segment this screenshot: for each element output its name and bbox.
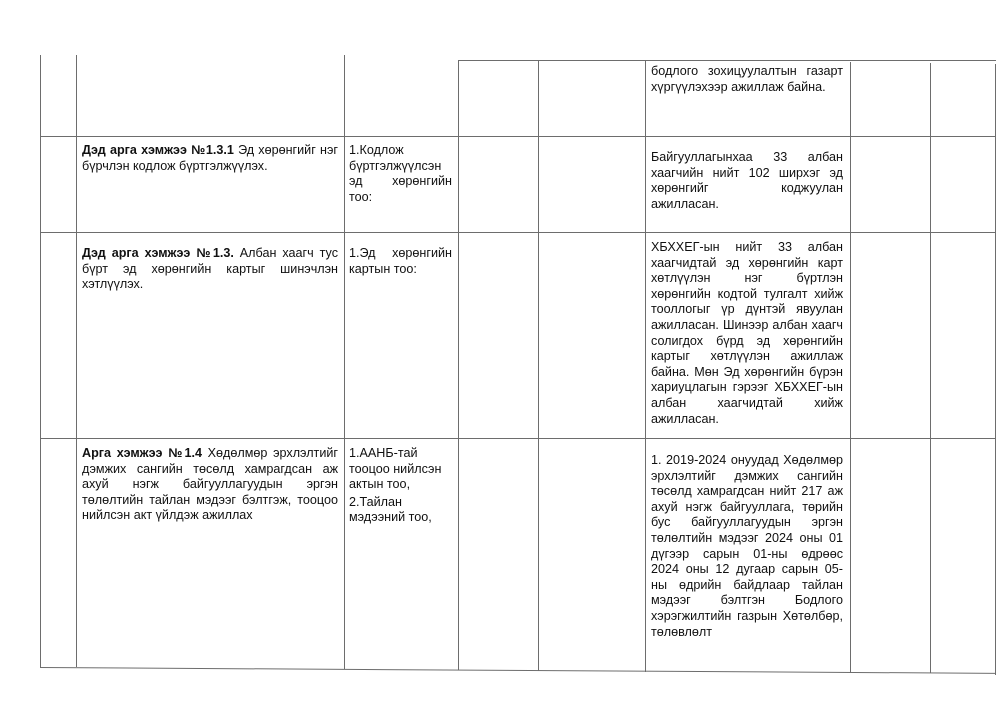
- row-3-task: Арга хэмжээ №1.4 Хөдөлмөр эрхлэлтийг дэм…: [82, 446, 338, 524]
- column-divider-4: [538, 60, 539, 671]
- indicator-item: 2.Тайлан мэдээний тоо,: [349, 495, 452, 526]
- task-number: Арга хэмжээ №1.4: [82, 446, 202, 460]
- row-0-result: бодлого зохицуулалтын газарт хүргүүлэхээ…: [651, 64, 843, 95]
- indicator-item: 1.ААНБ-тай тооцоо нийлсэн актын тоо,: [349, 446, 452, 493]
- row-3-indicator: 1.ААНБ-тай тооцоо нийлсэн актын тоо, 2.Т…: [349, 446, 452, 526]
- row-divider-2: [40, 232, 996, 233]
- column-divider-3: [458, 60, 459, 670]
- result-text: ХБХХЕГ-ын нийт 33 албан хаагчидтай эд хө…: [651, 240, 843, 427]
- task-number: Дэд арга хэмжээ №1.3.1: [82, 143, 234, 157]
- document-page: бодлого зохицуулалтын газарт хүргүүлэхээ…: [0, 0, 1003, 713]
- task-text: Арга хэмжээ №1.4 Хөдөлмөр эрхлэлтийг дэм…: [82, 446, 338, 524]
- task-text: Дэд арга хэмжээ №1.3.1 Эд хөрөнгийг нэг …: [82, 143, 338, 174]
- table-border-bottom: [40, 667, 996, 674]
- row-1-result: Байгууллагынхаа 33 албан хаагчийн нийт 1…: [651, 150, 843, 212]
- task-text: Дэд арга хэмжээ №1.3. Албан хаагч тус бү…: [82, 246, 338, 293]
- row-2-task: Дэд арга хэмжээ №1.3. Албан хаагч тус бү…: [82, 246, 338, 293]
- indicator-item: 1.Кодлож бүртгэлжүүлсэн эд хөрөнгийн тоо…: [349, 143, 452, 205]
- row-1-indicator: 1.Кодлож бүртгэлжүүлсэн эд хөрөнгийн тоо…: [349, 143, 452, 205]
- column-divider-2: [344, 55, 345, 669]
- indicator-item: 1.Эд хөрөнгийн картын тоо:: [349, 246, 452, 277]
- row-2-result: ХБХХЕГ-ын нийт 33 албан хаагчидтай эд хө…: [651, 240, 843, 427]
- column-divider-6: [850, 62, 851, 673]
- column-divider-5: [645, 61, 646, 672]
- result-text: бодлого зохицуулалтын газарт хүргүүлэхээ…: [651, 64, 843, 95]
- row-divider-3: [40, 438, 996, 439]
- result-text: 1. 2019-2024 онуудад Хөдөлмөр эрхлэлтийг…: [651, 453, 843, 640]
- task-number: Дэд арга хэмжээ №1.3.: [82, 246, 234, 260]
- row-1-task: Дэд арга хэмжээ №1.3.1 Эд хөрөнгийг нэг …: [82, 143, 338, 174]
- row-2-indicator: 1.Эд хөрөнгийн картын тоо:: [349, 246, 452, 277]
- result-text: Байгууллагынхаа 33 албан хаагчийн нийт 1…: [651, 150, 843, 212]
- column-divider-1: [76, 55, 77, 667]
- row-divider-1: [40, 136, 996, 137]
- row-3-result: 1. 2019-2024 онуудад Хөдөлмөр эрхлэлтийг…: [651, 453, 843, 640]
- column-divider-7: [930, 63, 931, 673]
- top-border-right-section: [458, 60, 996, 61]
- table-border-left: [40, 55, 41, 667]
- table-border-right: [995, 64, 996, 675]
